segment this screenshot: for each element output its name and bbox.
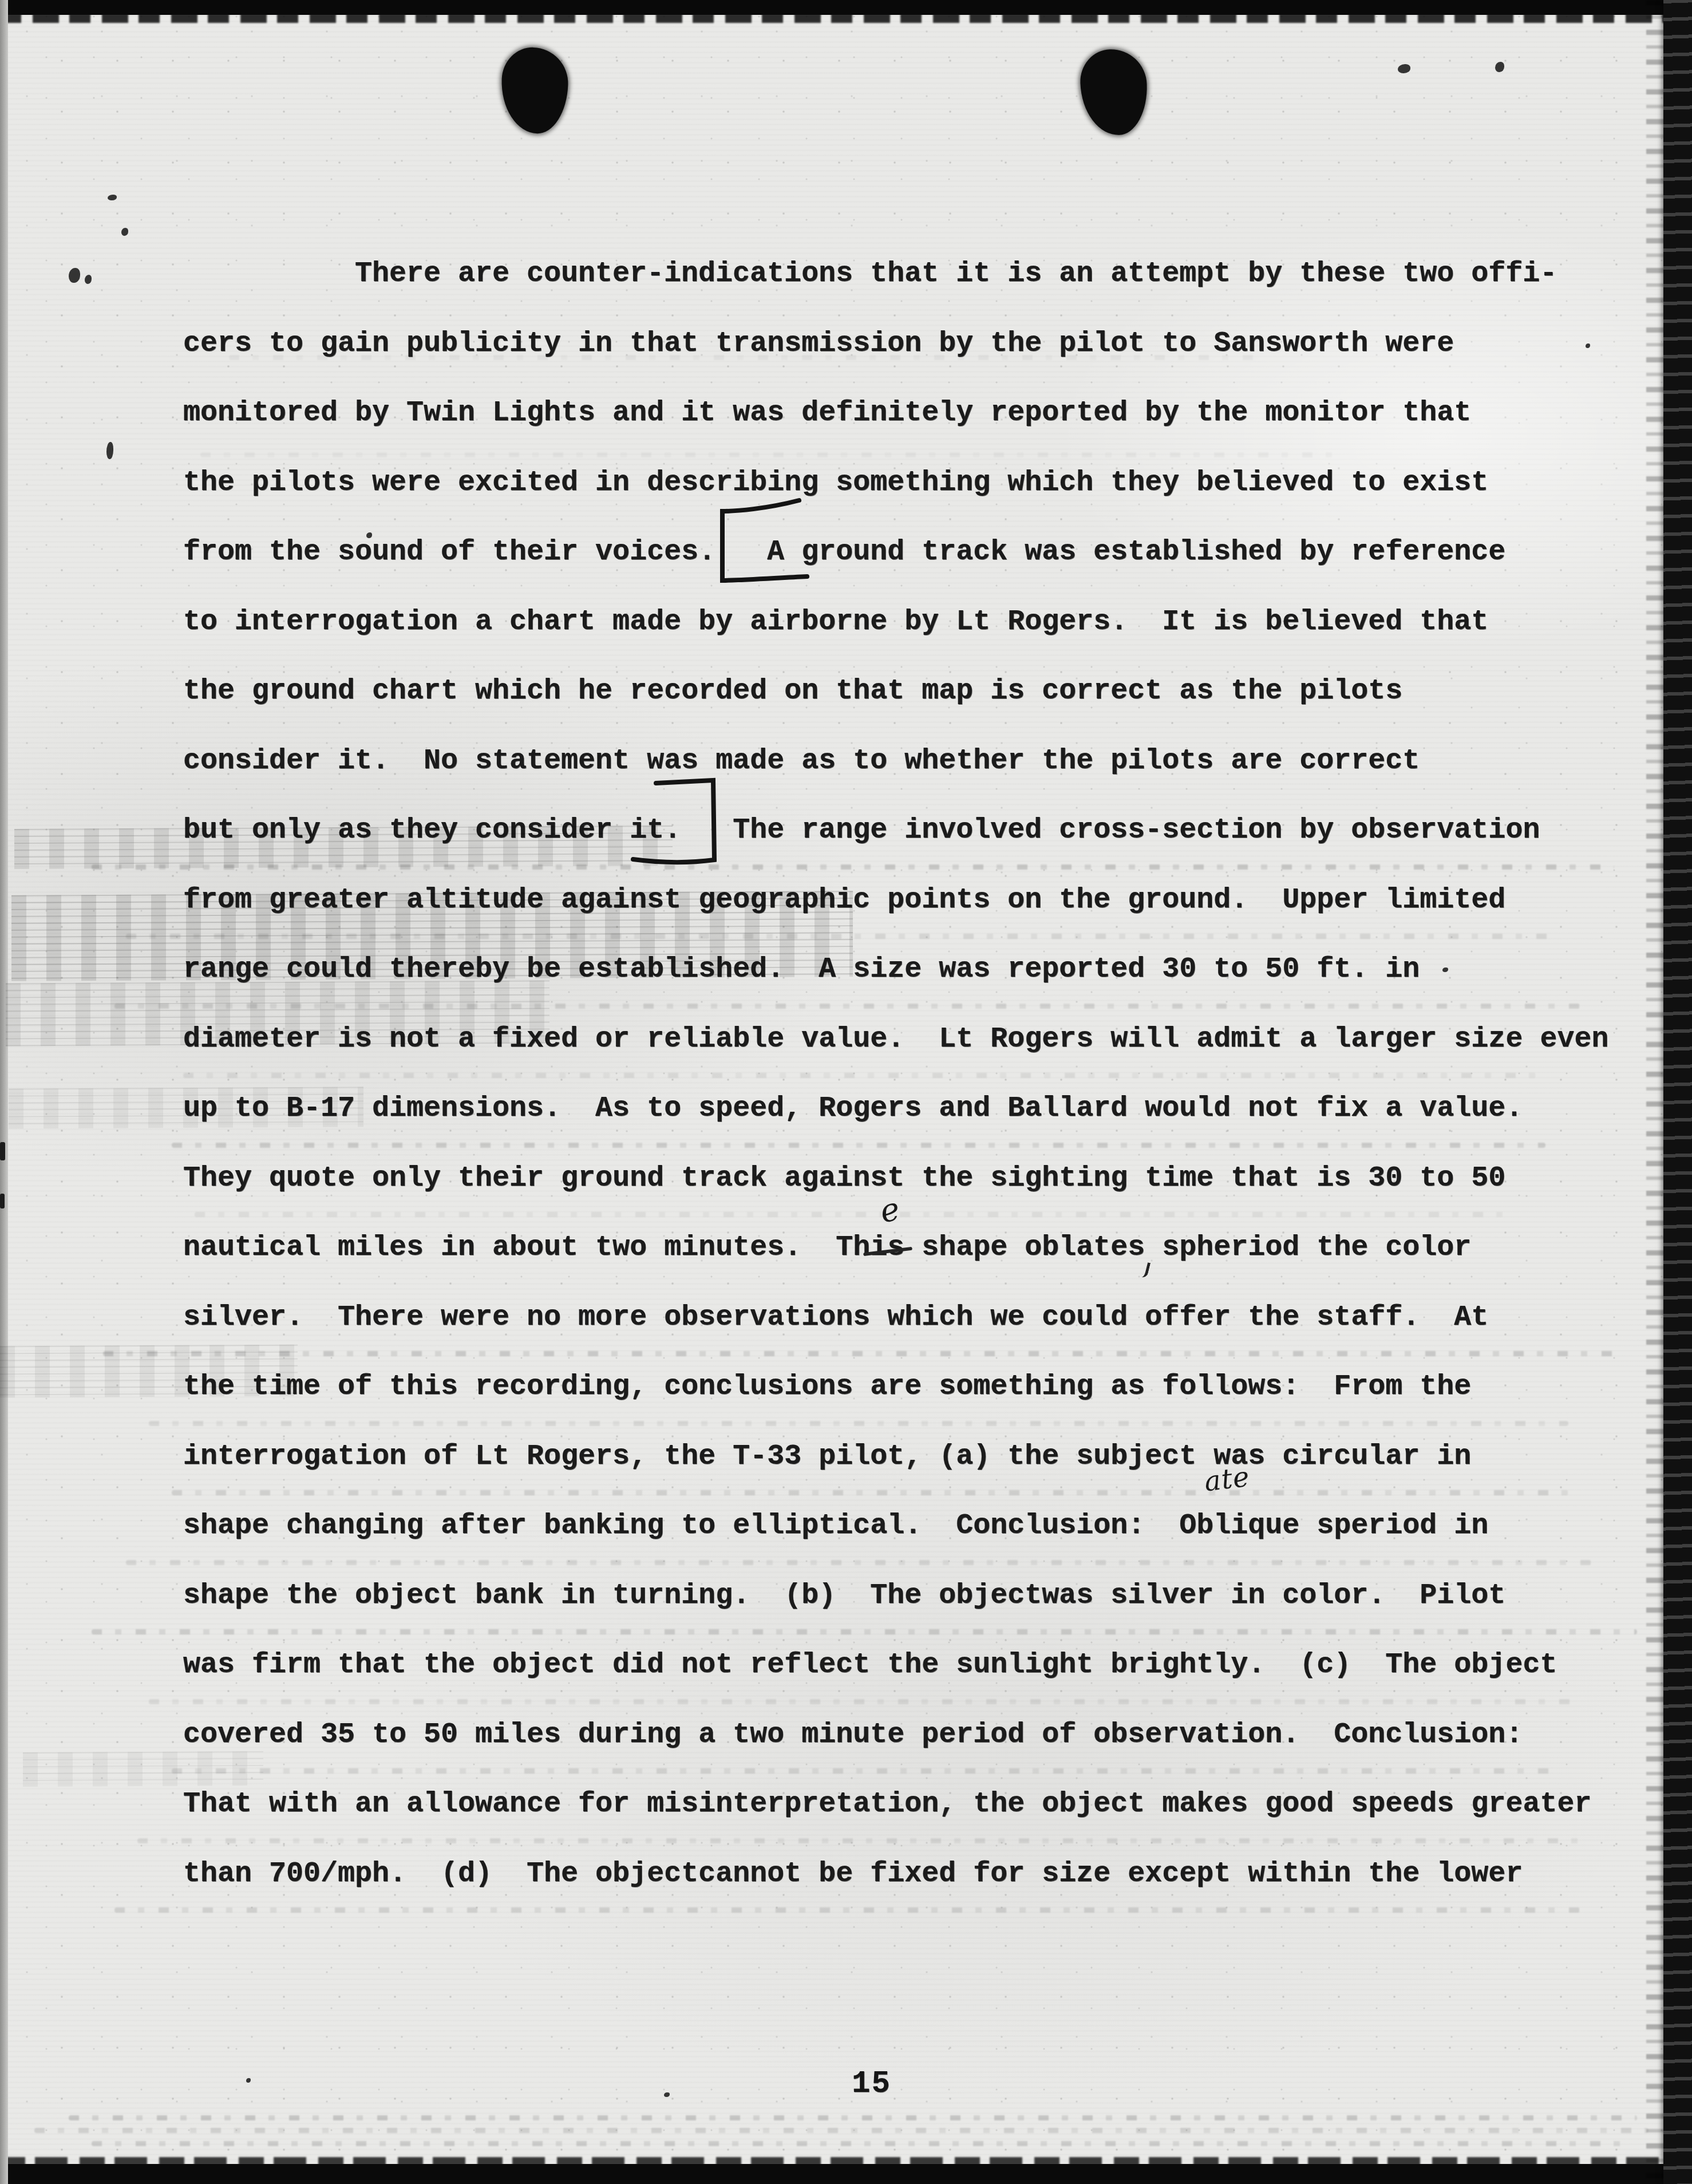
bleed-through-row bbox=[172, 1768, 1557, 1774]
page-number: 15 bbox=[852, 2067, 891, 2102]
typed-line: the time of this recording, conclusions … bbox=[183, 1369, 1471, 1405]
pen-bracket-open-mark bbox=[709, 493, 820, 594]
bleed-through-row bbox=[200, 452, 1345, 457]
ink-speck bbox=[106, 442, 113, 459]
document-page: There are counter-indications that it is… bbox=[0, 0, 1692, 2184]
typed-line: covered 35 to 50 miles during a two minu… bbox=[183, 1717, 1523, 1753]
bleed-through-row bbox=[92, 1629, 1637, 1634]
typed-line: the ground chart which he recorded on th… bbox=[183, 674, 1402, 709]
bleed-through-row bbox=[126, 1560, 1591, 1565]
typed-line: consider it. No statement was made as to… bbox=[183, 744, 1420, 779]
typed-line: silver. There were no more observations … bbox=[183, 1300, 1488, 1336]
scan-edge-right bbox=[1663, 0, 1692, 2184]
bleed-through-row bbox=[172, 1143, 1545, 1148]
ink-speck bbox=[246, 2078, 251, 2083]
typed-line: interrogation of Lt Rogers, the T-33 pil… bbox=[183, 1439, 1471, 1475]
scan-edge-bottom bbox=[0, 2164, 1692, 2184]
typed-line: They quote only their ground track again… bbox=[183, 1161, 1505, 1196]
ink-blob-left bbox=[500, 46, 569, 135]
typed-line: shape the object bank in turning. (b) Th… bbox=[183, 1578, 1505, 1614]
ink-speck bbox=[1442, 967, 1448, 972]
smudge-streak bbox=[11, 891, 853, 981]
typed-line: up to B-17 dimensions. As to speed, Roge… bbox=[183, 1091, 1523, 1127]
typed-line: nautical miles in about two minutes. Thi… bbox=[183, 1230, 1471, 1266]
typed-line: the pilots were excited in describing so… bbox=[183, 465, 1488, 501]
typed-line: was firm that the object did not reflect… bbox=[183, 1648, 1557, 1683]
typed-line: than 700/mph. (d) The objectcannot be fi… bbox=[183, 1857, 1523, 1892]
bleed-through-row bbox=[195, 1212, 1511, 1217]
smudge-streak bbox=[0, 1345, 298, 1398]
bleed-through-row bbox=[92, 2141, 1626, 2146]
ink-speck bbox=[1495, 62, 1504, 72]
typed-line: That with an allowance for misinterpreta… bbox=[183, 1787, 1591, 1822]
smudge-streak bbox=[23, 1751, 263, 1787]
smudge-streak bbox=[9, 1087, 363, 1128]
bleed-through-row bbox=[183, 1073, 1545, 1078]
bleed-through-row bbox=[69, 2115, 1637, 2120]
scan-edge-top bbox=[0, 0, 1692, 15]
bleed-through-row bbox=[114, 1907, 1580, 1913]
bleed-through-row bbox=[172, 1490, 1568, 1495]
ink-speck bbox=[1586, 343, 1590, 348]
ink-speck bbox=[69, 268, 80, 283]
scan-edge-left bbox=[0, 0, 8, 2184]
typed-line: to interrogation a chart made by airborn… bbox=[183, 605, 1488, 640]
bleed-through-row bbox=[103, 1351, 1614, 1356]
typed-line: monitored by Twin Lights and it was defi… bbox=[183, 396, 1471, 431]
ink-speck bbox=[664, 2092, 670, 2097]
typed-line: shape changing after banking to elliptic… bbox=[183, 1508, 1488, 1544]
bleed-through-row bbox=[229, 355, 1259, 360]
scan-edge-right-fray bbox=[1646, 0, 1665, 2184]
scan-edge-top-fray bbox=[0, 14, 1692, 23]
ink-blob-right bbox=[1079, 48, 1148, 136]
scan-mark bbox=[0, 1142, 5, 1160]
ink-speck bbox=[85, 275, 92, 284]
smudge-streak bbox=[14, 826, 673, 869]
scan-mark bbox=[0, 1194, 5, 1208]
typed-line: There are counter-indications that it is… bbox=[183, 256, 1557, 292]
smudge-streak bbox=[6, 981, 549, 1046]
bleed-through-row bbox=[149, 1421, 1568, 1426]
ink-speck bbox=[108, 195, 117, 200]
bleed-through-row bbox=[149, 1699, 1580, 1704]
bleed-through-row bbox=[137, 1838, 1580, 1843]
typed-line: from the sound of their voices. A ground… bbox=[183, 535, 1505, 570]
ink-speck bbox=[1398, 64, 1410, 73]
bleed-through-row bbox=[34, 2128, 1648, 2133]
ink-speck bbox=[121, 228, 128, 236]
